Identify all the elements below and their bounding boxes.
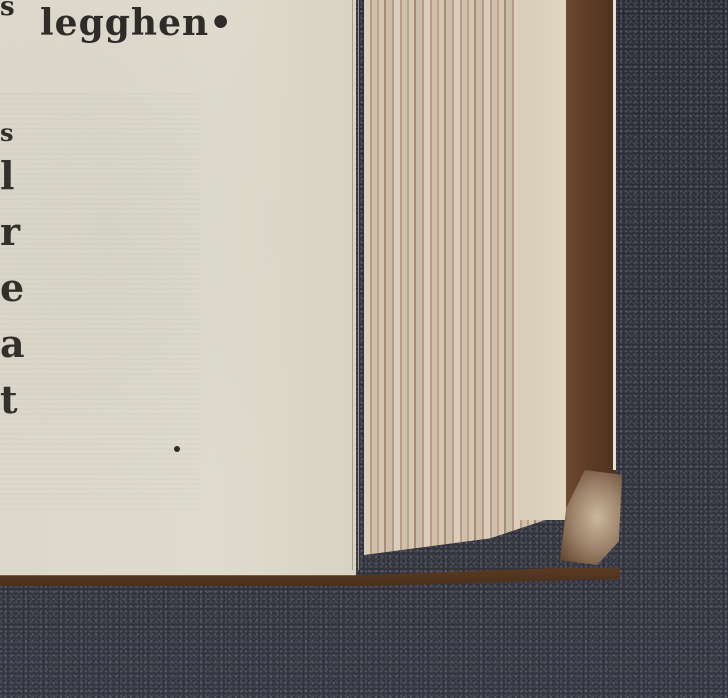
heading-prefix: s (0, 0, 15, 22)
ink-spot (174, 446, 180, 452)
margin-letter: a (0, 316, 30, 372)
margin-letters: s l r e a t (0, 118, 30, 428)
margin-letter: t (0, 372, 30, 428)
binding-cover (566, 0, 616, 545)
margin-letter: e (0, 260, 30, 316)
page-edge-line (352, 0, 353, 570)
margin-letter: r (0, 204, 30, 260)
book-page: s legghen• s l r e a t (0, 0, 356, 578)
margin-letter: s (0, 118, 30, 148)
binding-highlight (613, 0, 616, 470)
show-through-text (0, 90, 200, 510)
page-edge-line (358, 0, 359, 570)
margin-letter: l (0, 148, 30, 204)
heading-text: legghen• (40, 2, 233, 44)
